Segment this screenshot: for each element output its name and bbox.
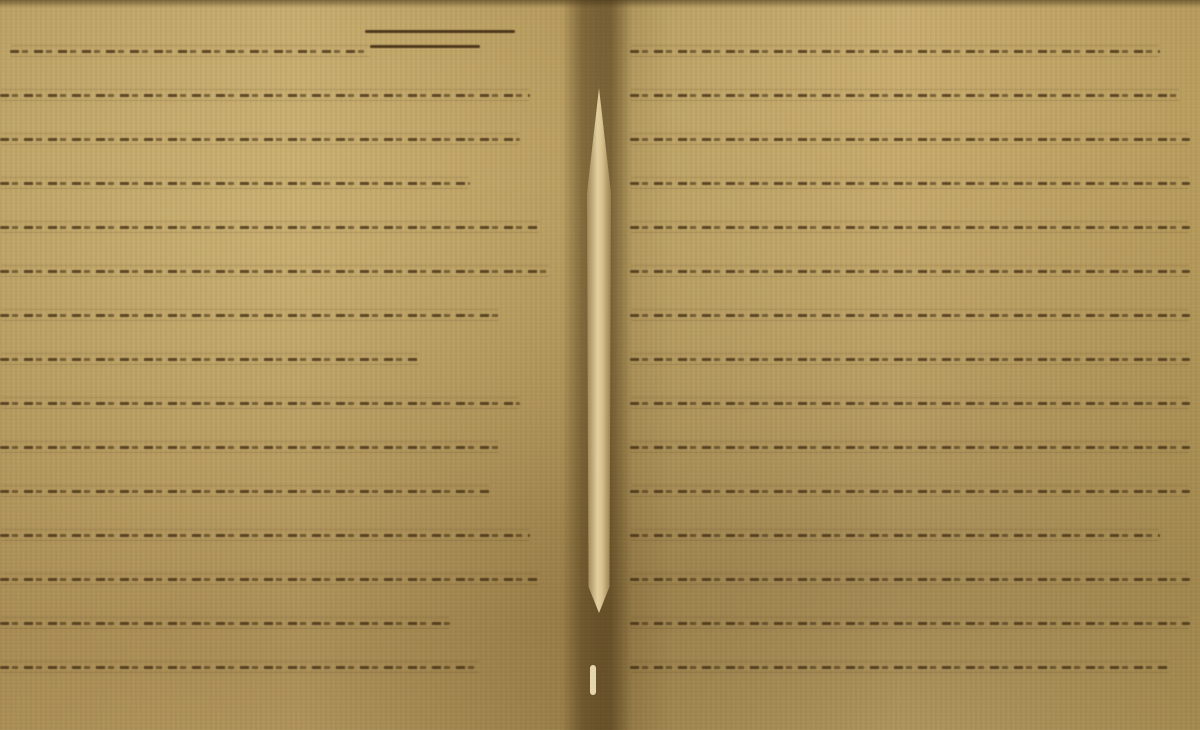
handwritten-line — [0, 182, 470, 185]
handwritten-line — [630, 182, 1190, 185]
handwritten-line — [0, 578, 540, 581]
handwritten-line — [630, 94, 1180, 97]
right-text-column — [630, 50, 1200, 710]
handwritten-line — [0, 226, 540, 229]
handwritten-line — [630, 402, 1190, 405]
handwritten-line — [0, 138, 520, 141]
handwritten-line — [630, 666, 1170, 669]
handwritten-line — [0, 622, 450, 625]
handwritten-line — [630, 226, 1190, 229]
handwritten-line — [630, 358, 1190, 361]
handwritten-line — [630, 490, 1190, 493]
handwritten-line — [630, 446, 1190, 449]
handwritten-line — [0, 358, 420, 361]
handwritten-line — [630, 270, 1190, 273]
handwritten-line — [630, 534, 1160, 537]
handwritten-line — [0, 402, 520, 405]
handwritten-line — [630, 622, 1190, 625]
fold-nick — [590, 665, 596, 695]
handwritten-line — [630, 50, 1160, 53]
handwritten-line — [0, 314, 500, 317]
left-text-column — [0, 50, 560, 710]
handwritten-line — [0, 666, 480, 669]
handwritten-line — [0, 270, 550, 273]
handwritten-line — [0, 94, 530, 97]
handwritten-line — [630, 578, 1190, 581]
manuscript-photo — [0, 0, 1200, 730]
handwritten-line — [630, 314, 1190, 317]
handwritten-line — [0, 446, 500, 449]
handwritten-line — [10, 50, 370, 53]
handwritten-line — [0, 490, 490, 493]
handwritten-line — [630, 138, 1190, 141]
handwritten-line — [0, 534, 530, 537]
